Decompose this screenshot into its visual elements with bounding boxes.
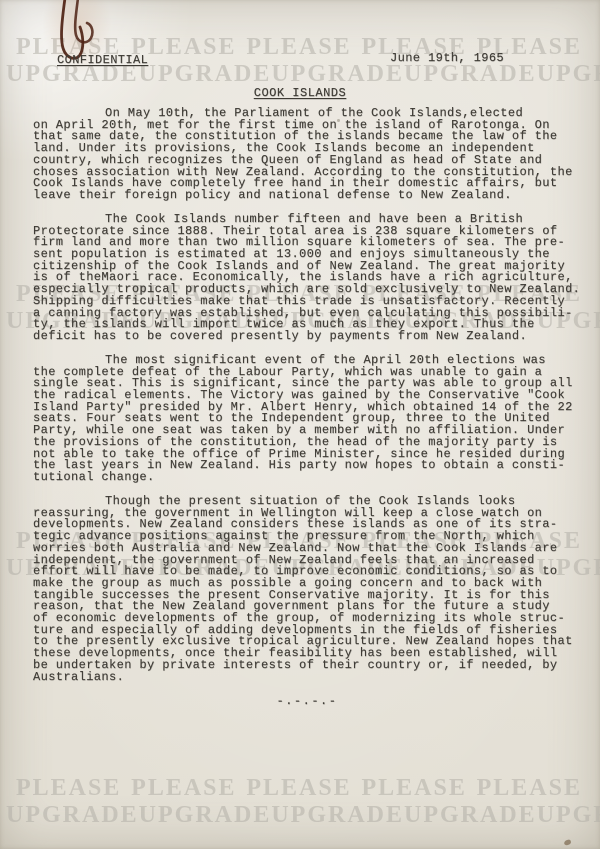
watermark-word: PLEASE (131, 775, 236, 802)
document-title: COOK ISLANDS (0, 86, 600, 100)
watermark-word: UPGRADE (139, 802, 272, 829)
watermark-word: UPGRADE (6, 802, 139, 829)
watermark-word: UPGRADE (537, 61, 600, 88)
document-date: June 19th, 1965 (390, 51, 504, 65)
end-of-document-mark: -.-.-.- (33, 696, 581, 708)
watermark-word: UPGRADE (139, 61, 272, 88)
watermark-word: PLEASE (361, 775, 466, 802)
watermark-word: UPGRADE (271, 802, 404, 829)
classification-stamp: CONFIDENTIAL (57, 53, 148, 67)
document-title-text: COOK ISLANDS (254, 86, 346, 100)
watermark-band: PLEASEPLEASEPLEASEPLEASEPLEASE UPGRADEUP… (0, 775, 600, 829)
paper-stain (563, 839, 571, 846)
paragraph-1: On May 10th, the Parliament of the Cook … (33, 108, 581, 202)
paragraph-3: The most significant event of the April … (33, 355, 581, 484)
watermark-word: UPGRADE (271, 61, 404, 88)
watermark-word: UPGRADE (404, 802, 537, 829)
watermark-row-please: PLEASEPLEASEPLEASEPLEASEPLEASE (16, 775, 582, 802)
watermark-word: PLEASE (16, 775, 121, 802)
watermark-word: PLEASE (477, 775, 582, 802)
document-page: PLEASEPLEASEPLEASEPLEASEPLEASE UPGRADEUP… (0, 0, 600, 849)
watermark-word: PLEASE (246, 34, 351, 61)
paragraph-4: Though the present situation of the Cook… (33, 496, 581, 683)
paragraph-2: The Cook Islands number fifteen and have… (33, 214, 581, 343)
paper-speck (337, 119, 340, 122)
watermark-word: UPGRADE (404, 61, 537, 88)
document-body: On May 10th, the Parliament of the Cook … (33, 108, 581, 707)
watermark-word: PLEASE (246, 775, 351, 802)
watermark-row-upgrade: UPGRADEUPGRADEUPGRADEUPGRADEUPGRADE (6, 802, 600, 829)
watermark-word: UPGRADE (537, 802, 600, 829)
